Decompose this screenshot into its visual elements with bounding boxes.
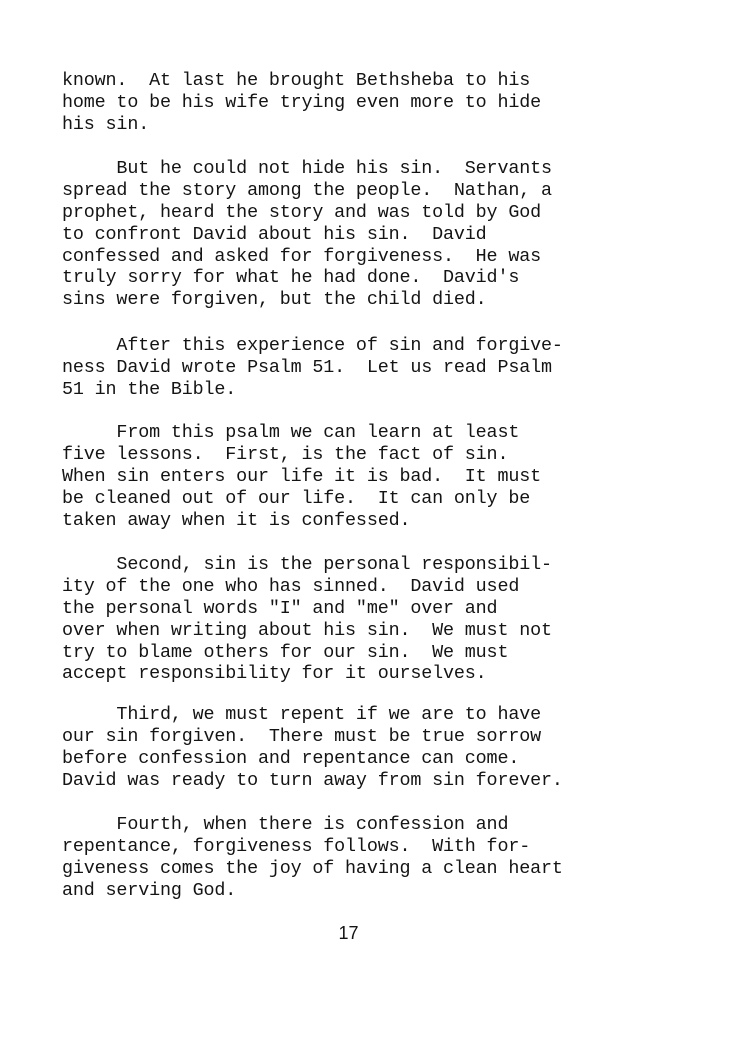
text-line: try to blame others for our sin. We must	[62, 642, 552, 664]
text-line: repentance, forgiveness follows. With fo…	[62, 836, 563, 858]
text-line: giveness comes the joy of having a clean…	[62, 858, 563, 880]
text-line: to confront David about his sin. David	[62, 224, 552, 246]
text-line: five lessons. First, is the fact of sin.	[62, 444, 541, 466]
text-line: When sin enters our life it is bad. It m…	[62, 466, 541, 488]
paragraph-could-not-hide: But he could not hide his sin. Servants …	[62, 158, 552, 311]
page-number: 17	[0, 922, 749, 944]
text-line: his sin.	[62, 114, 541, 136]
paragraph-lesson-third: Third, we must repent if we are to have …	[62, 704, 563, 792]
text-line: From this psalm we can learn at least	[62, 422, 541, 444]
text-line: over when writing about his sin. We must…	[62, 620, 552, 642]
text-line: Fourth, when there is confession and	[62, 814, 563, 836]
text-line: and serving God.	[62, 880, 563, 902]
text-line: But he could not hide his sin. Servants	[62, 158, 552, 180]
text-line: David was ready to turn away from sin fo…	[62, 770, 563, 792]
paragraph-lesson-first: From this psalm we can learn at least fi…	[62, 422, 541, 531]
text-line: Third, we must repent if we are to have	[62, 704, 563, 726]
text-line: truly sorry for what he had done. David'…	[62, 267, 552, 289]
text-line: before confession and repentance can com…	[62, 748, 563, 770]
text-line: ity of the one who has sinned. David use…	[62, 576, 552, 598]
page-number-text: 17	[338, 923, 358, 943]
text-line: the personal words "I" and "me" over and	[62, 598, 552, 620]
paragraph-lesson-second: Second, sin is the personal responsibil-…	[62, 554, 552, 685]
paragraph-continuation: known. At last he brought Bethsheba to h…	[62, 70, 541, 136]
text-line: 51 in the Bible.	[62, 379, 563, 401]
text-line: be cleaned out of our life. It can only …	[62, 488, 541, 510]
paragraph-psalm-51: After this experience of sin and forgive…	[62, 335, 563, 401]
text-line: home to be his wife trying even more to …	[62, 92, 541, 114]
text-line: spread the story among the people. Natha…	[62, 180, 552, 202]
text-line: sins were forgiven, but the child died.	[62, 289, 552, 311]
text-line: ness David wrote Psalm 51. Let us read P…	[62, 357, 563, 379]
text-line: taken away when it is confessed.	[62, 510, 541, 532]
text-line: After this experience of sin and forgive…	[62, 335, 563, 357]
text-line: our sin forgiven. There must be true sor…	[62, 726, 563, 748]
text-line: confessed and asked for forgiveness. He …	[62, 246, 552, 268]
document-page: known. At last he brought Bethsheba to h…	[0, 0, 749, 1058]
text-line: Second, sin is the personal responsibil-	[62, 554, 552, 576]
text-line: known. At last he brought Bethsheba to h…	[62, 70, 541, 92]
text-line: accept responsibility for it ourselves.	[62, 663, 552, 685]
paragraph-lesson-fourth: Fourth, when there is confession and rep…	[62, 814, 563, 902]
text-line: prophet, heard the story and was told by…	[62, 202, 552, 224]
